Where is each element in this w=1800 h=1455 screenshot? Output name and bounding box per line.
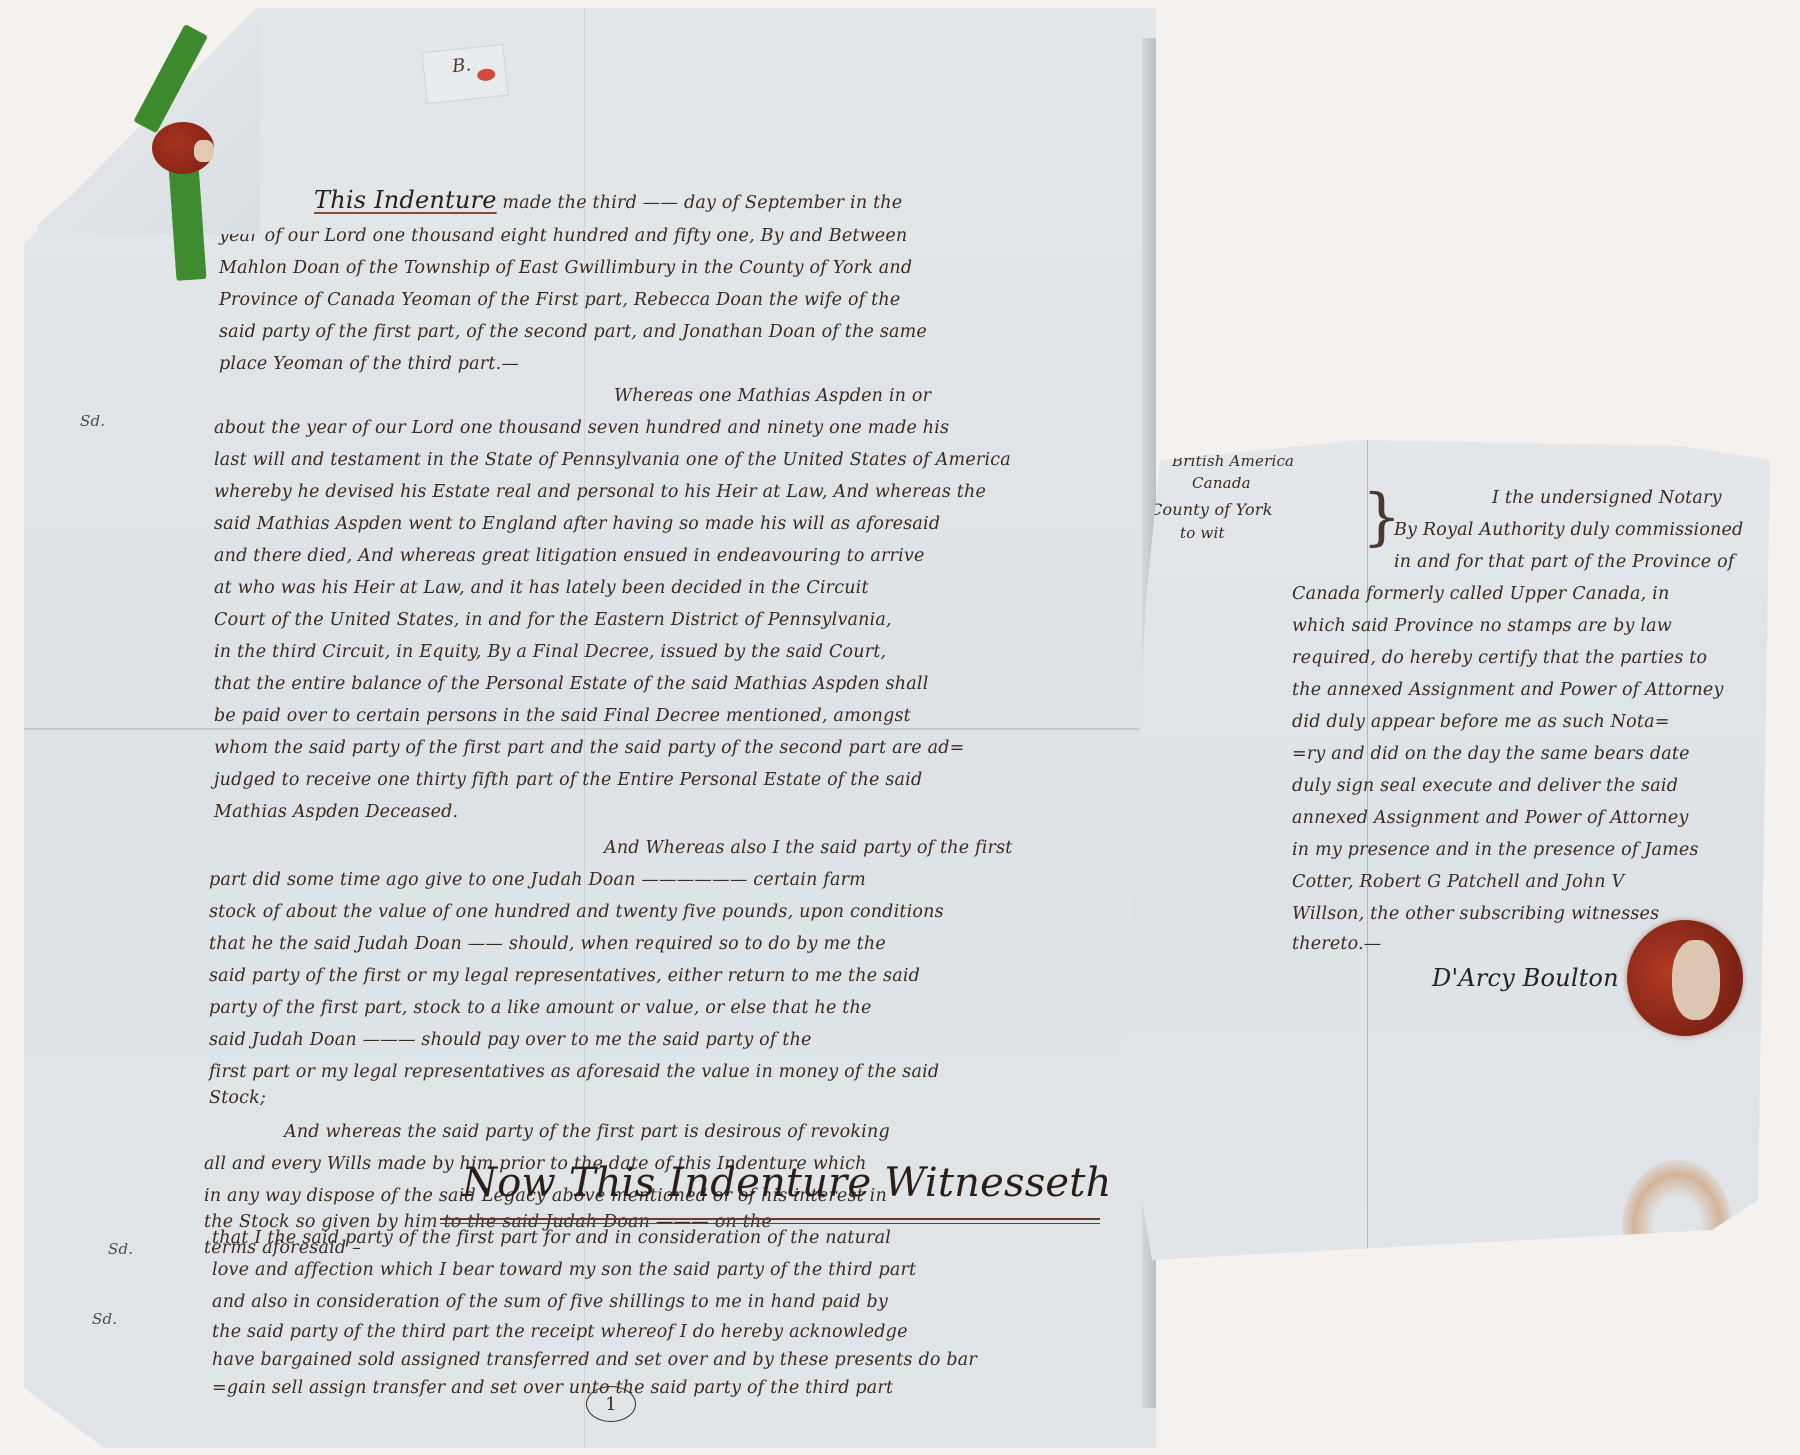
indenture-line: and there died, And whereas great litiga… bbox=[214, 546, 925, 566]
and-whereas-heading-line: And Whereas also I the said party of the… bbox=[604, 838, 1013, 858]
indenture-line: said party of the first part, of the sec… bbox=[219, 322, 927, 342]
notary-line: in and for that part of the Province of bbox=[1394, 552, 1735, 572]
wax-seal-icon bbox=[152, 122, 214, 174]
indenture-line: at who was his Heir at Law, and it has l… bbox=[214, 578, 869, 598]
indenture-line: Court of the United States, in and for t… bbox=[214, 610, 892, 630]
jurisdiction-line: Canada bbox=[1192, 474, 1251, 492]
fold-line bbox=[24, 728, 1156, 730]
indenture-line: place Yeoman of the third part.— bbox=[219, 354, 519, 374]
indenture-line: last will and testament in the State of … bbox=[214, 450, 1011, 470]
brace-icon: } bbox=[1362, 480, 1402, 553]
notary-line: Willson, the other subscribing witnesses bbox=[1292, 904, 1659, 924]
indenture-line: year of our Lord one thousand eight hund… bbox=[219, 226, 907, 246]
indenture-line: love and affection which I bear toward m… bbox=[212, 1260, 916, 1280]
notary-line: Canada formerly called Upper Canada, in bbox=[1292, 584, 1669, 604]
indenture-line: stock of about the value of one hundred … bbox=[209, 902, 944, 922]
notary-line: duly sign seal execute and deliver the s… bbox=[1292, 776, 1678, 796]
indenture-line: judged to receive one thirty fifth part … bbox=[214, 770, 922, 790]
notary-line: annexed Assignment and Power of Attorney bbox=[1292, 808, 1689, 828]
indenture-line: said Mathias Aspden went to England afte… bbox=[214, 514, 940, 534]
margin-note: Sd. bbox=[80, 412, 105, 430]
indenture-line: Stock; bbox=[209, 1088, 266, 1108]
indenture-line: =gain sell assign transfer and set over … bbox=[212, 1378, 893, 1398]
indenture-line: said party of the first or my legal repr… bbox=[209, 966, 920, 986]
notary-line: which said Province no stamps are by law bbox=[1292, 616, 1672, 636]
heading-now-this-indenture-witnesseth: Now This Indenture Witnesseth bbox=[462, 1160, 1112, 1206]
indenture-line: Mathias Aspden Deceased. bbox=[214, 802, 458, 822]
notary-line: thereto.— bbox=[1292, 934, 1382, 954]
heading-underline bbox=[440, 1218, 1100, 1224]
heading-this-indenture: This Indenture bbox=[314, 186, 497, 214]
notary-line: in my presence and in the presence of Ja… bbox=[1292, 840, 1699, 860]
notary-line: I the undersigned Notary bbox=[1492, 488, 1722, 508]
indenture-line: in the third Circuit, in Equity, By a Fi… bbox=[214, 642, 886, 662]
indenture-line: Mahlon Doan of the Township of East Gwil… bbox=[219, 258, 912, 278]
indenture-line: be paid over to certain persons in the s… bbox=[214, 706, 911, 726]
tab-label: B. bbox=[451, 54, 472, 77]
wax-seal-icon bbox=[1627, 920, 1743, 1036]
indenture-line: whereby he devised his Estate real and p… bbox=[214, 482, 986, 502]
indenture-line: Province of Canada Yeoman of the First p… bbox=[219, 290, 900, 310]
document-tab: B. bbox=[422, 44, 509, 104]
notary-certificate: British America Canada County of York to… bbox=[1122, 440, 1770, 1260]
indenture-line: that the entire balance of the Personal … bbox=[214, 674, 929, 694]
jurisdiction-line: to wit bbox=[1180, 524, 1225, 542]
wax-stain bbox=[1622, 1160, 1732, 1290]
notary-line: By Royal Authority duly commissioned bbox=[1394, 520, 1743, 540]
page-number: 1 bbox=[586, 1386, 636, 1422]
indenture-line: part did some time ago give to one Judah… bbox=[209, 870, 866, 890]
notary-line: =ry and did on the day the same bears da… bbox=[1292, 744, 1690, 764]
indenture-line-1: This Indenture made the third —— day of … bbox=[314, 186, 902, 214]
notary-line: required, do hereby certify that the par… bbox=[1292, 648, 1707, 668]
jurisdiction-line: British America bbox=[1172, 452, 1294, 470]
indenture-line: and also in consideration of the sum of … bbox=[212, 1292, 888, 1312]
margin-note: Sd. bbox=[108, 1240, 133, 1258]
notary-line: did duly appear before me as such Nota= bbox=[1292, 712, 1670, 732]
indenture-line: said Judah Doan ——— should pay over to m… bbox=[209, 1030, 812, 1050]
indenture-line: that he the said Judah Doan —— should, w… bbox=[209, 934, 886, 954]
indenture-line: party of the first part, stock to a like… bbox=[209, 998, 872, 1018]
whereas-heading-line: Whereas one Mathias Aspden in or bbox=[614, 386, 931, 406]
indenture-line: have bargained sold assigned transferred… bbox=[212, 1350, 977, 1370]
notary-line: Cotter, Robert G Patchell and John V bbox=[1292, 872, 1624, 892]
indenture-line: that I the said party of the first part … bbox=[212, 1228, 891, 1248]
indenture-line: the said party of the third part the rec… bbox=[212, 1322, 908, 1342]
jurisdiction-line: County of York bbox=[1150, 500, 1273, 519]
and-whereas-revoking-line: And whereas the said party of the first … bbox=[284, 1122, 890, 1142]
wax-dot-icon bbox=[477, 68, 496, 82]
indenture-line: whom the said party of the first part an… bbox=[214, 738, 965, 758]
notary-signature: D'Arcy Boulton bbox=[1432, 964, 1619, 992]
margin-note: Sd. bbox=[92, 1310, 117, 1328]
notary-line: the annexed Assignment and Power of Atto… bbox=[1292, 680, 1724, 700]
indenture-line: first part or my legal representatives a… bbox=[209, 1062, 939, 1082]
indenture-line: about the year of our Lord one thousand … bbox=[214, 418, 949, 438]
